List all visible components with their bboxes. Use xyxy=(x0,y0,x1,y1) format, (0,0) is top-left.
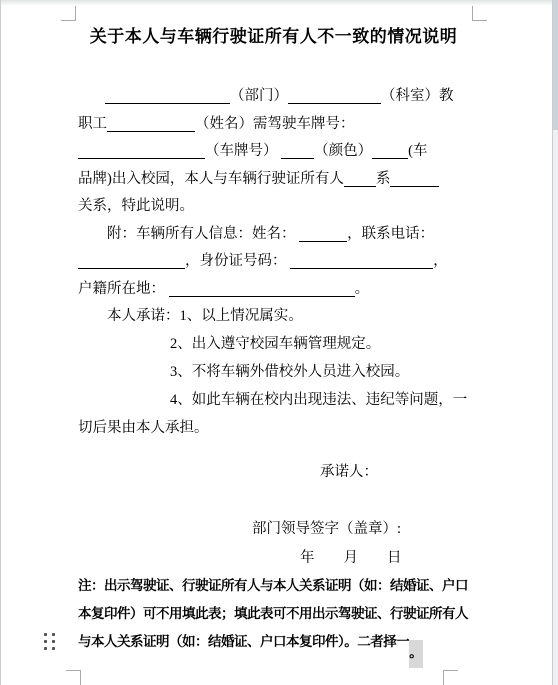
blank-underline xyxy=(290,253,433,269)
doc-line: 户籍所在地： 。 xyxy=(78,279,369,299)
text-run: 。 xyxy=(355,281,370,297)
blank-underline xyxy=(344,171,376,187)
blank-underline xyxy=(281,143,314,159)
text-run: 品牌)出入校园，本人与车辆行驶证所有人 xyxy=(78,171,344,187)
text-run: （姓名）需驾驶车牌号： xyxy=(195,116,355,132)
text-run: 本复印件）可不用填此表；填此表可不用出示驾驶证、行驶证所有人 xyxy=(78,606,468,621)
text-run: ， xyxy=(433,253,448,269)
document-title: 关于本人与车辆行驶证所有人不一致的情况说明 xyxy=(75,22,472,47)
text-run: 2、出入遵守校园车辆管理规定。 xyxy=(170,336,380,352)
text-run: ，联系电话： xyxy=(347,226,434,242)
text-run: 关系，特此说明。 xyxy=(78,198,194,214)
doc-line: 职工（姓名）需驾驶车牌号： xyxy=(78,114,355,134)
text-boundary-corner-top-right xyxy=(472,6,487,21)
doc-line: （部门）（科室）教 xyxy=(105,86,454,106)
text-run: 部门领导签字（盖章）: xyxy=(252,521,401,537)
blank-underline xyxy=(372,143,408,159)
blank-underline xyxy=(105,88,230,104)
doc-line: 部门领导签字（盖章）: xyxy=(252,519,401,539)
text-run: 切后果由本人承担。 xyxy=(78,420,209,436)
text-run: 附：车辆所有人信息：姓名： xyxy=(107,226,299,242)
page-left-edge xyxy=(0,0,1,685)
doc-line: 注：出示驾驶证、行驶证所有人与本人关系证明（如：结婚证、户口 xyxy=(78,576,468,596)
text-boundary-corner-top-left xyxy=(61,6,76,21)
blank-underline xyxy=(78,143,205,159)
doc-line: 承诺人： xyxy=(320,462,378,482)
doc-line: 本人承诺：1、以上情况属实。 xyxy=(107,306,303,326)
doc-line: 本复印件）可不用填此表；填此表可不用出示驾驶证、行驶证所有人 xyxy=(78,604,468,624)
blank-underline xyxy=(288,88,381,104)
text-run: （部门） xyxy=(230,88,288,104)
doc-line: 年 月 日 xyxy=(300,548,402,568)
scrollbar-thumb[interactable] xyxy=(553,0,558,130)
doc-line: 3、不将车辆外借校外人员进入校园。 xyxy=(170,362,409,382)
doc-line: （车牌号） （颜色）(车 xyxy=(78,141,427,161)
text-run: 承诺人： xyxy=(320,464,378,480)
text-run: 年 月 日 xyxy=(300,550,402,566)
text-run: 职工 xyxy=(78,116,107,132)
scrollbar-track[interactable] xyxy=(552,0,558,685)
text-run: 3、不将车辆外借校外人员进入校园。 xyxy=(170,364,409,380)
text-run: 4、如此车辆在校内出现违法、违纪等问题，一 xyxy=(170,392,467,408)
text-run: （颜色） xyxy=(314,143,372,159)
text-run: 注：出示驾驶证、行驶证所有人与本人关系证明（如：结婚证、户口 xyxy=(78,578,468,593)
text-boundary-corner-bottom-right xyxy=(443,670,458,685)
doc-line: 关系，特此说明。 xyxy=(78,196,194,216)
text-run: （科室）教 xyxy=(381,88,454,104)
blank-underline xyxy=(107,116,195,132)
blank-underline xyxy=(169,281,355,297)
text-run: （车牌号） xyxy=(205,143,281,159)
text-run: 户籍所在地： xyxy=(78,281,169,297)
document-canvas[interactable]: 关于本人与车辆行驶证所有人不一致的情况说明 （部门）（科室）教职工（姓名）需驾驶… xyxy=(0,0,558,685)
text-run: 本人承诺：1、以上情况属实。 xyxy=(107,308,303,324)
blank-underline xyxy=(78,253,185,269)
text-run: (车 xyxy=(408,143,427,159)
doc-line: 品牌)出入校园，本人与车辆行驶证所有人系 xyxy=(78,169,439,189)
blank-underline xyxy=(390,171,439,187)
doc-line: 切后果由本人承担。 xyxy=(78,418,209,438)
blank-underline xyxy=(299,226,347,242)
text-run: 系 xyxy=(376,171,391,187)
drag-handle-icon[interactable] xyxy=(44,633,55,651)
doc-line: 与本人关系证明（如：结婚证、户口本复印件）。二者择一。 xyxy=(78,632,423,668)
doc-line: 附：车辆所有人信息：姓名： ，联系电话： xyxy=(107,224,434,244)
doc-line: ，身份证号码： ， xyxy=(78,251,448,271)
text-run: ，身份证号码： xyxy=(185,253,290,269)
doc-line: 2、出入遵守校园车辆管理规定。 xyxy=(170,334,380,354)
text-run: 与本人关系证明（如：结婚证、户口本复印件）。二者择一 xyxy=(78,634,409,649)
shaded-period: 。 xyxy=(409,640,423,668)
doc-line: 4、如此车辆在校内出现违法、违纪等问题，一 xyxy=(170,390,467,410)
text-boundary-corner-bottom-left xyxy=(66,670,81,685)
